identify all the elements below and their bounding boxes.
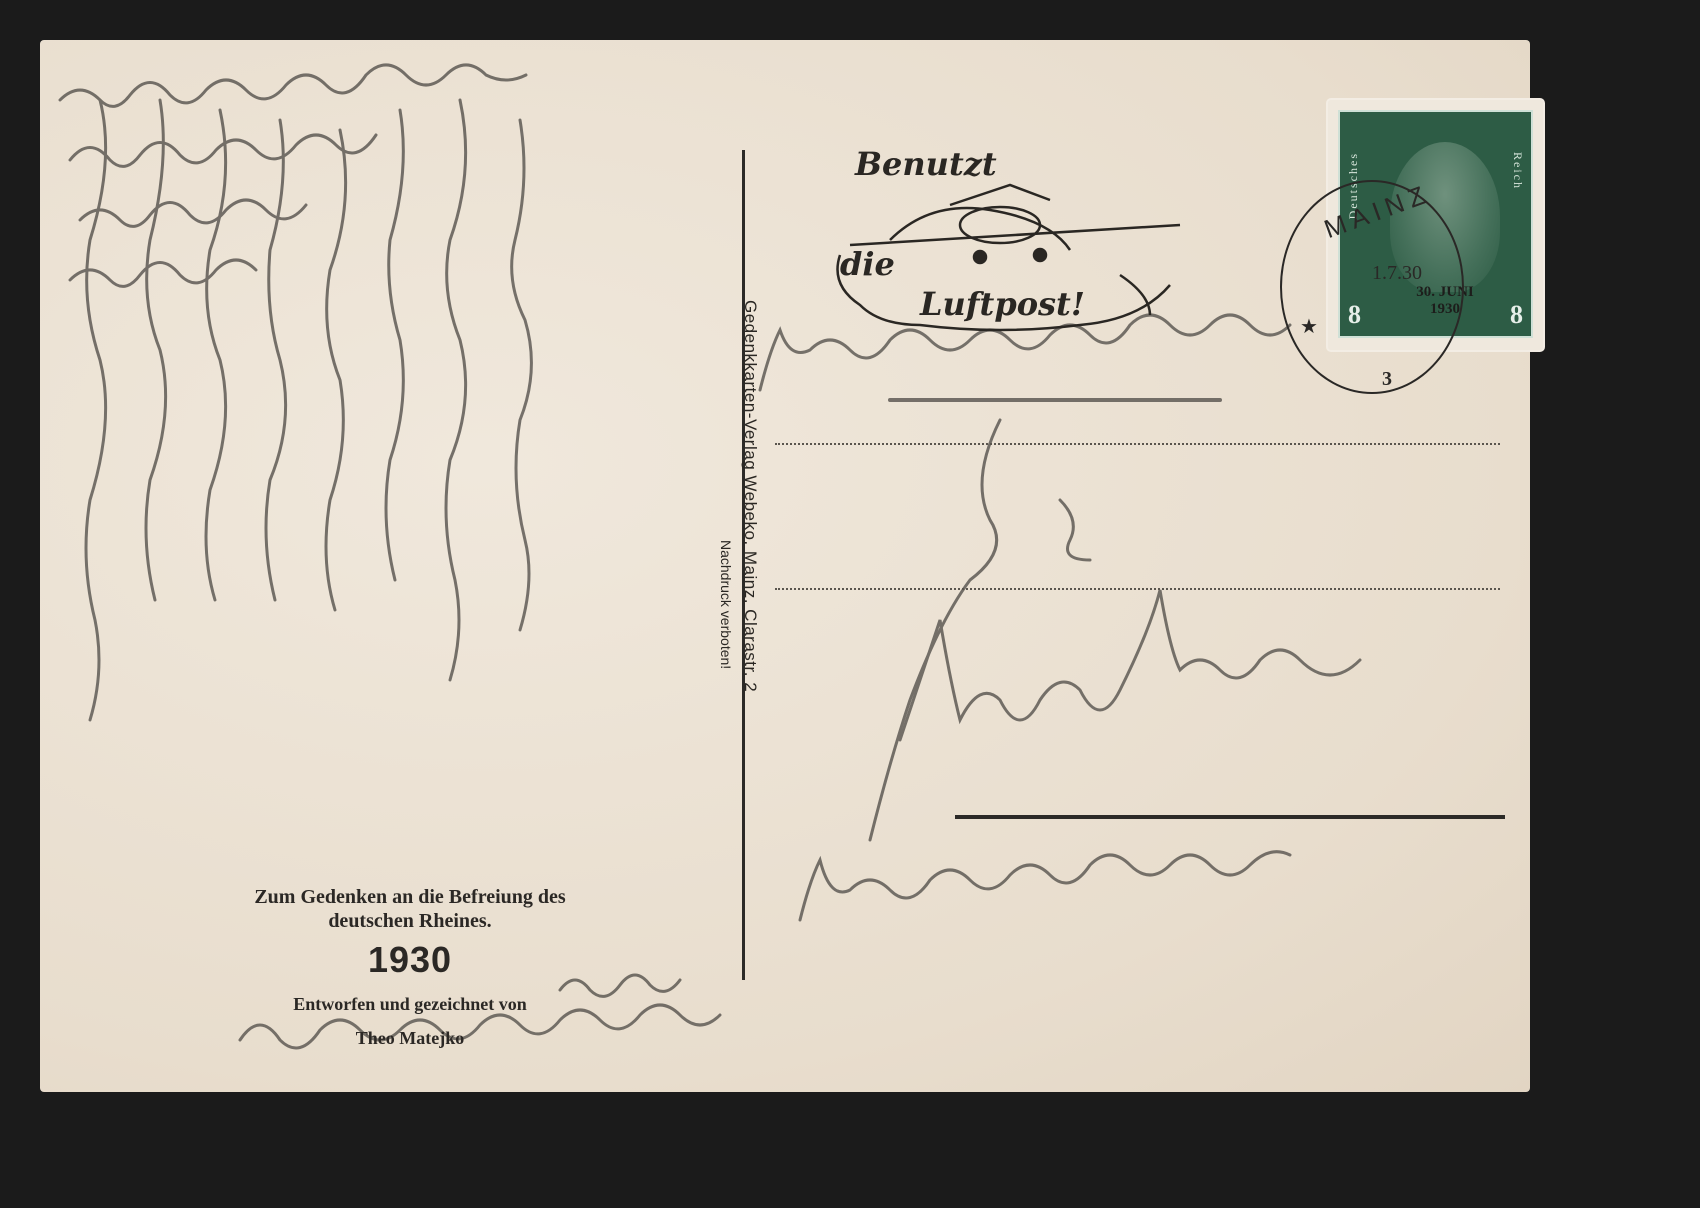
publisher-name: Gedenkkarten-Verlag Webeko, Mainz, Clara… <box>740 300 760 692</box>
address-line-2 <box>775 588 1500 590</box>
star-icon: ★ <box>1300 314 1318 339</box>
caption-line-1: Zum Gedenken an die Befreiung des <box>130 885 690 909</box>
slogan-word-2: die <box>840 245 895 283</box>
postmark-city: MAINZ <box>1320 178 1435 245</box>
artist-credit-line-1: Entworfen und gezeichnet von <box>130 993 690 1015</box>
airmail-slogan-cancel: Benutzt die Luftpost! <box>830 145 1190 345</box>
address-line-3 <box>955 815 1505 819</box>
caption-year: 1930 <box>130 939 690 981</box>
caption-line-2: deutschen Rheines. <box>130 909 690 933</box>
address-line-1 <box>775 443 1500 445</box>
reprint-notice: Nachdruck verboten! <box>718 540 734 692</box>
postmark-date: 1.7.30 <box>1372 262 1422 285</box>
stamp-country-right: Reich <box>1510 152 1525 190</box>
slogan-word-1: Benutzt <box>855 145 997 183</box>
artist-credit-line-2: Theo Matejko <box>130 1027 690 1049</box>
stamp-value-right: 8 <box>1510 300 1523 330</box>
postmark-circle: MAINZ 1.7.30 ★ 3 <box>1280 180 1464 394</box>
postmark-office-number: 3 <box>1382 368 1392 391</box>
commemorative-caption: Zum Gedenken an die Befreiung des deutsc… <box>130 885 690 1049</box>
postcard: Gedenkkarten-Verlag Webeko, Mainz, Clara… <box>40 40 1530 1092</box>
publisher-imprint: Gedenkkarten-Verlag Webeko, Mainz, Clara… <box>718 300 760 692</box>
slogan-word-3: Luftpost! <box>920 285 1085 323</box>
